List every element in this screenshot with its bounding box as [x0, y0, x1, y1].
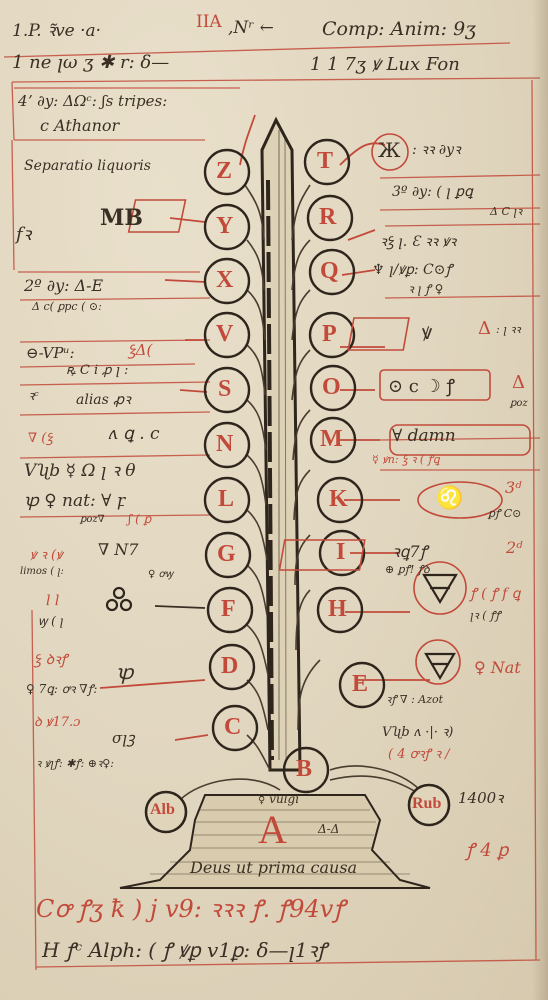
circle-letter-e: E	[352, 671, 368, 698]
note-a13-box: ꝕ	[116, 658, 133, 685]
note-b8-box: ꝛꝗ7ꝭ	[392, 540, 427, 562]
circle-letter-n: N	[216, 431, 233, 458]
header-line1-left: 1.P. ꝛ̃ve ·a·	[12, 18, 101, 41]
note-a12-red: ꞁ ꞁ	[46, 590, 59, 606]
note-separatio-liquoris: Separatio liquoris	[24, 158, 151, 174]
note-a11-red: ꝟ ꝛ (ꝟ	[30, 545, 63, 563]
note-b5-sub: ꝑoz	[510, 398, 528, 409]
note-limos: limos ( ꞁ:	[20, 566, 64, 577]
note-b7-red: 3ᵈ	[505, 478, 522, 497]
note-b4-red: Δ	[478, 318, 491, 339]
note-b5-box: ⊙ c ☽ ꝭ	[388, 374, 455, 398]
circle-letter-v: V	[216, 321, 233, 348]
note-a6-red: ꝣΔ(	[128, 340, 152, 360]
note-a14-sub: ꝛ ꝟꞁꝭ: ✱ꝭ: ⊕ꝛ♀:	[36, 756, 114, 771]
circle-letter-y: Y	[216, 213, 233, 240]
note-b5-red: Δ	[512, 372, 525, 393]
note-a2: c Athanor	[40, 116, 119, 135]
circle-alb: Alb	[150, 801, 175, 819]
note-b7-sub: ꝑꝭ C⊙	[488, 506, 521, 521]
note-b2: 3º ∂y: ( ꞁ ꝑꝗ	[392, 184, 473, 200]
note-a4-left: fꝛ	[16, 222, 31, 246]
footer-line1-red: Cꝍ ꝭʒ ꝁ ) j v9: ꝛꝛꝛ ꝭ. ꝭ94vꝭ	[36, 892, 345, 925]
circle-letter-x: X	[216, 267, 233, 294]
circle-letter-p: P	[322, 321, 337, 348]
base-letter-a: A	[258, 806, 287, 853]
label-delta-delta: Δ-Δ	[318, 822, 339, 836]
circle-letter-m: M	[320, 426, 343, 453]
circle-letter-c: C	[224, 714, 241, 741]
circle-letter-h: H	[328, 596, 347, 623]
circle-letter-t: T	[317, 148, 333, 175]
note-a11-sub-right: ♀ ꝍꝡ	[148, 566, 173, 580]
note-b8-red: 2ᵈ	[506, 538, 523, 557]
note-b8-sub: ⊕ ꝑꝭ! ꝭꝺ	[385, 562, 430, 577]
header-line2-right: 1 1 7ʒ ꝟ Lux Fon	[310, 52, 460, 76]
circle-letter-d: D	[221, 653, 238, 680]
label-vulgi: ☿ vulgi	[258, 792, 299, 806]
note-a5: 2º ∂y: Δ-E	[24, 276, 103, 295]
note-b4-box: ꝟ	[422, 318, 432, 345]
note-b3-b: ♆ ꞁ/ꝟꝑ: C⊙ꝭ	[372, 260, 452, 279]
manuscript-page: 1.P. ꝛ̃ve ·a· IIA ,Nʳ ← Comp: Anim: 9ʒ 1…	[0, 0, 548, 1000]
circle-letter-g: G	[217, 541, 236, 568]
note-b1-circle: Ж	[378, 138, 400, 162]
circle-rub: Rub	[412, 795, 441, 813]
note-a11-box: ∇ N7	[98, 540, 138, 559]
note-a13-sub: ♀ 7ꝗ: ꝍꝛ ∇ꝭ:	[26, 680, 97, 697]
note-b7-box: ♌	[436, 486, 463, 511]
note-a14-box: σꞁꝫ	[112, 728, 135, 748]
header-line2-left: 1 ne ꞁω ʒ ✱ r: ẟ—	[12, 52, 169, 73]
note-b3-c: ꝛ ꞁ ꝭ ♀	[408, 280, 443, 297]
note-a14-red: ꝺ ꝟ17.ɔ	[34, 712, 80, 730]
note-b11: Vʯb ʌ ·|· ꝛ)	[382, 722, 453, 740]
note-a12: ꝡ ( ꞁ	[38, 612, 63, 629]
header-line1-red-mark: IIA	[196, 12, 222, 32]
note-a6-sub: ꝶ C i ꝓ ꞁ :	[66, 360, 128, 378]
circle-letter-o: O	[322, 374, 341, 401]
note-b11-red: ( 4 ꝍꝛꝭ ꝛ /	[388, 744, 450, 762]
footer-line2-alph: H ꝭᶜ Alph: ( ꝭ ꝟꝑ v1ꝑ: ẟ—ꞁ1ꝛꝭ	[42, 936, 327, 963]
note-a4-box: MB	[100, 205, 143, 231]
note-a8-box: ʌ ꝗ . c	[108, 424, 160, 444]
circle-letter-r: R	[319, 204, 336, 231]
circle-letter-b: B	[296, 756, 312, 783]
note-a10-nat: ꝕ ♀ nat: ∀ ꝼ	[24, 488, 125, 511]
note-a9: Vʯb ☿ Ω ꞁ ꝛ θ	[24, 458, 135, 481]
circle-letter-i: I	[336, 539, 345, 566]
note-b6-sub: ☿ ꝟn: ꝣ ꝛ ( ꝭꝗ	[372, 452, 440, 467]
note-a7-lead: ꝛᶜ	[28, 386, 39, 404]
note-a10-red: ʃ ( ꝑ	[128, 512, 151, 526]
note-b13-red: ꝭ 4 ꝑ	[466, 838, 509, 862]
circle-letter-l: L	[218, 486, 234, 513]
note-a10-sub: ꝑoz∇	[80, 514, 105, 525]
circle-letter-k: K	[329, 486, 348, 513]
note-b1: : ꝛꝛ ∂yꝛ	[412, 140, 461, 159]
note-b2-sub: Δ C ꞁꝛ	[490, 204, 522, 219]
note-a13-red: ꝣ ꝺꝛꝭ	[34, 650, 67, 669]
note-b9-sub: ꞁꝛ ( ꝭꝭ	[470, 608, 500, 623]
circle-letter-q: Q	[320, 258, 339, 285]
note-b4: : ꞁ ꝛꝛ	[496, 322, 521, 337]
note-a5-sub: Δ c( ꝑpc ( ⊙:	[32, 300, 102, 313]
note-a1: 4ʼ ∂y: ΔΩᶜ: ʃs tripes:	[18, 92, 167, 110]
note-b9-red: ꝭ ( ꝭ f ꝗ	[470, 584, 520, 603]
circle-letter-z: Z	[216, 158, 232, 185]
note-b10-nat: ♀ Nat	[474, 658, 521, 677]
note-1400: 1400ꝛ	[458, 788, 503, 808]
header-line1-right: Comp: Anim: 9ʒ	[322, 18, 476, 40]
note-alias: alias ꝓꝛ	[76, 390, 131, 409]
header-line1-mid: ,Nʳ ←	[228, 18, 274, 38]
note-damn: ∀ damn	[392, 426, 456, 446]
note-a8-red: ∇ (ꝣ	[28, 428, 53, 446]
inscription-deus-ut-prima-causa: Deus ut prima causa	[190, 858, 357, 877]
note-b3: ꝛꝣ ꞁ. Ɛ ꝛꝛ ꝟꝛ	[380, 232, 456, 251]
note-azot: ꝛꝭ ∇ : Azot	[386, 692, 443, 707]
circle-letter-f: F	[221, 596, 236, 623]
circle-letter-s: S	[218, 376, 231, 403]
